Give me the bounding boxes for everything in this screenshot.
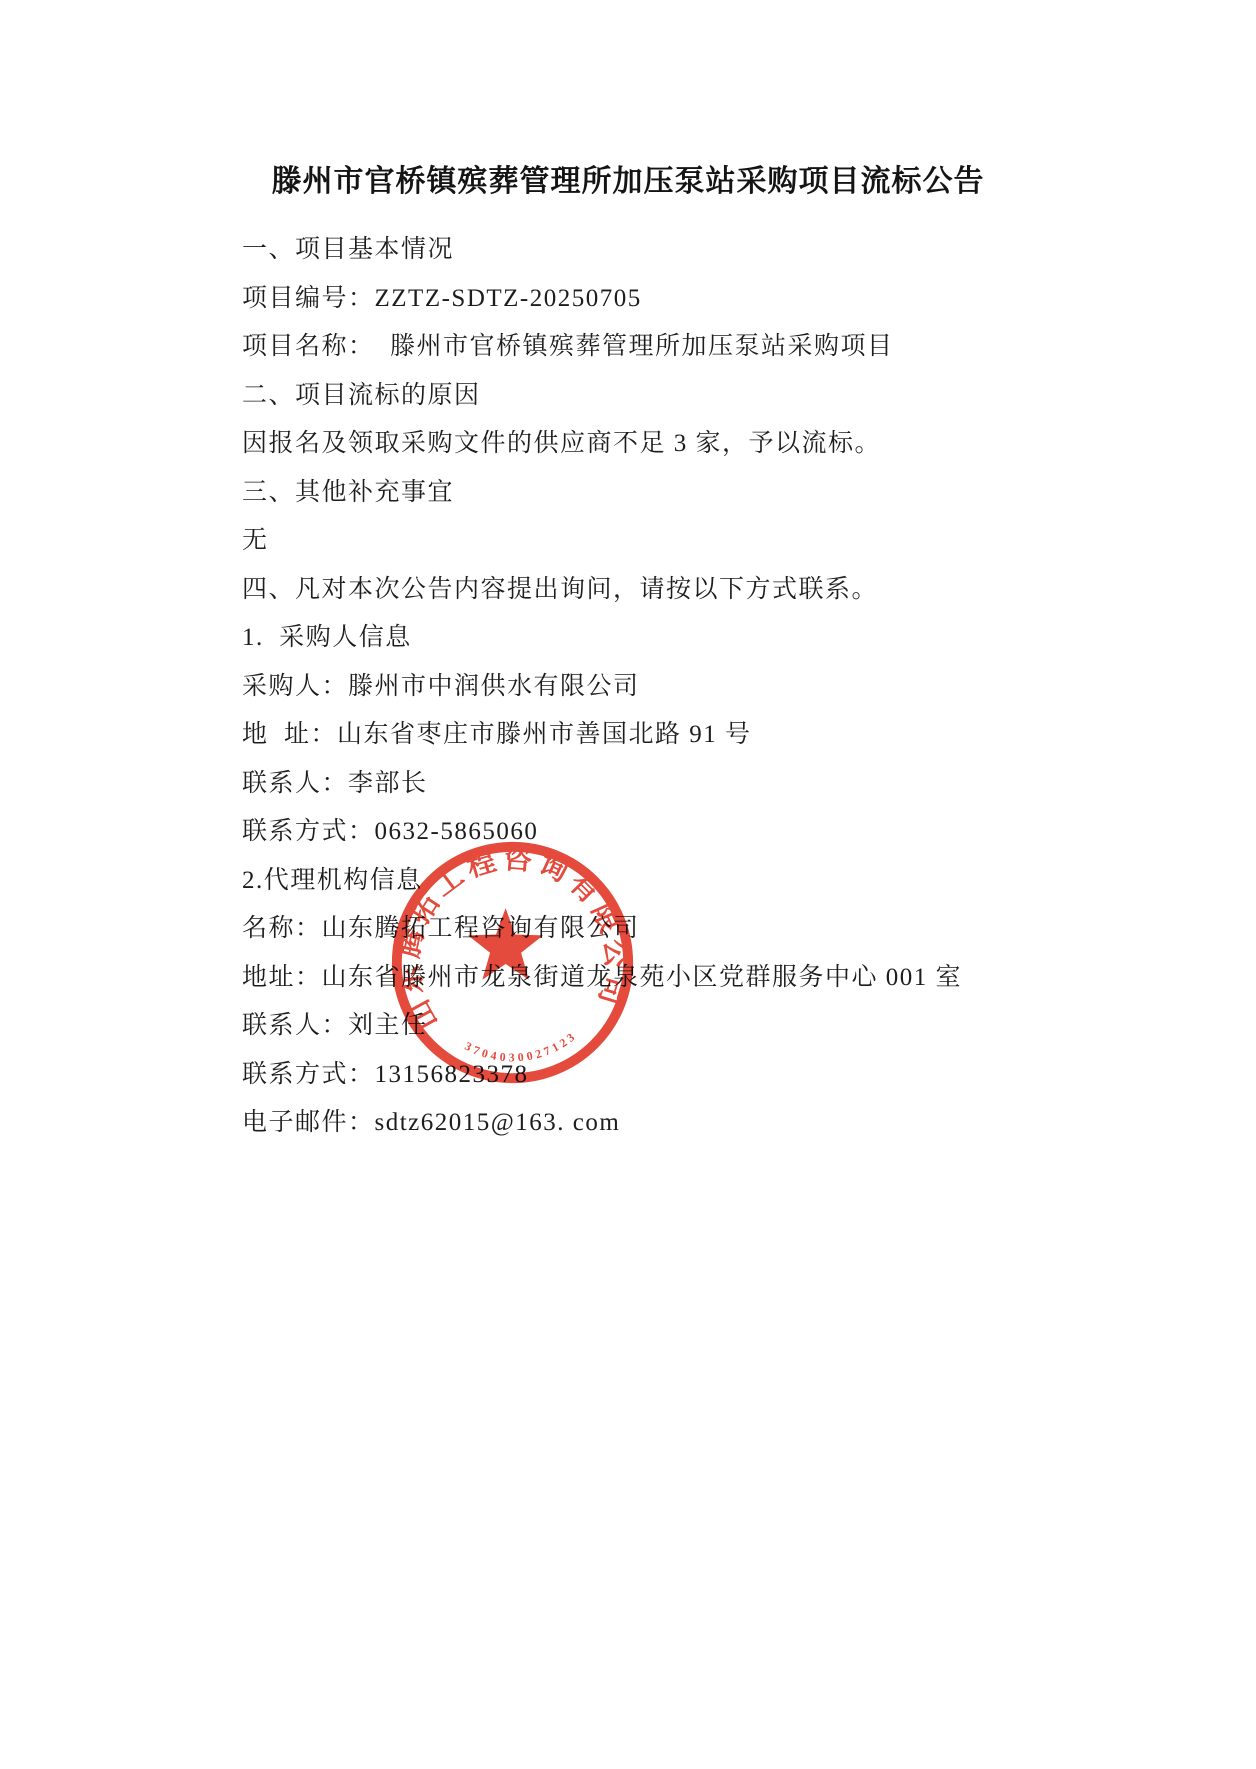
doc-line-purchaser-name: 采购人：滕州市中润供水有限公司 xyxy=(242,660,1142,709)
doc-line-section-4: 四、凡对本次公告内容提出询问，请按以下方式联系。 xyxy=(242,563,1142,612)
doc-line-purchaser-contact: 联系人：李部长 xyxy=(242,757,1142,806)
doc-line-section-3: 三、其他补充事宜 xyxy=(242,466,1142,515)
doc-line-none: 无 xyxy=(242,514,1142,563)
doc-line-purchaser-addr: 地 址：山东省枣庄市滕州市善国北路 91 号 xyxy=(242,708,1142,757)
doc-line-agency-header: 2.代理机构信息 xyxy=(242,854,1142,903)
announcement-title: 滕州市官桥镇殡葬管理所加压泵站采购项目流标公告 xyxy=(242,158,1014,206)
doc-line-project-name: 项目名称： 滕州市官桥镇殡葬管理所加压泵站采购项目 xyxy=(242,320,1142,369)
doc-line-purchaser-header: 1. 采购人信息 xyxy=(242,611,1142,660)
doc-line-agency-addr: 地址：山东省滕州市龙泉街道龙泉苑小区党群服务中心 001 室 xyxy=(242,951,1142,1000)
doc-line-agency-contact: 联系人：刘主任 xyxy=(242,999,1142,1048)
doc-line-section-1: 一、项目基本情况 xyxy=(242,223,1142,272)
doc-line-failure-reason: 因报名及领取采购文件的供应商不足 3 家，予以流标。 xyxy=(242,417,1142,466)
doc-line-agency-email: 电子邮件：sdtz62015@163. com xyxy=(242,1096,1142,1145)
doc-line-section-2: 二、项目流标的原因 xyxy=(242,369,1142,418)
doc-line-agency-phone: 联系方式：13156823378 xyxy=(242,1048,1142,1097)
doc-line-project-number: 项目编号：ZZTZ-SDTZ-20250705 xyxy=(242,272,1142,321)
document-page: 滕州市官桥镇殡葬管理所加压泵站采购项目流标公告 一、项目基本情况 项目编号：ZZ… xyxy=(0,0,1256,1769)
doc-line-purchaser-phone: 联系方式：0632-5865060 xyxy=(242,805,1142,854)
doc-line-agency-name: 名称：山东腾拓工程咨询有限公司 xyxy=(242,902,1142,951)
announcement-body: 一、项目基本情况 项目编号：ZZTZ-SDTZ-20250705 项目名称： 滕… xyxy=(242,223,1142,1145)
